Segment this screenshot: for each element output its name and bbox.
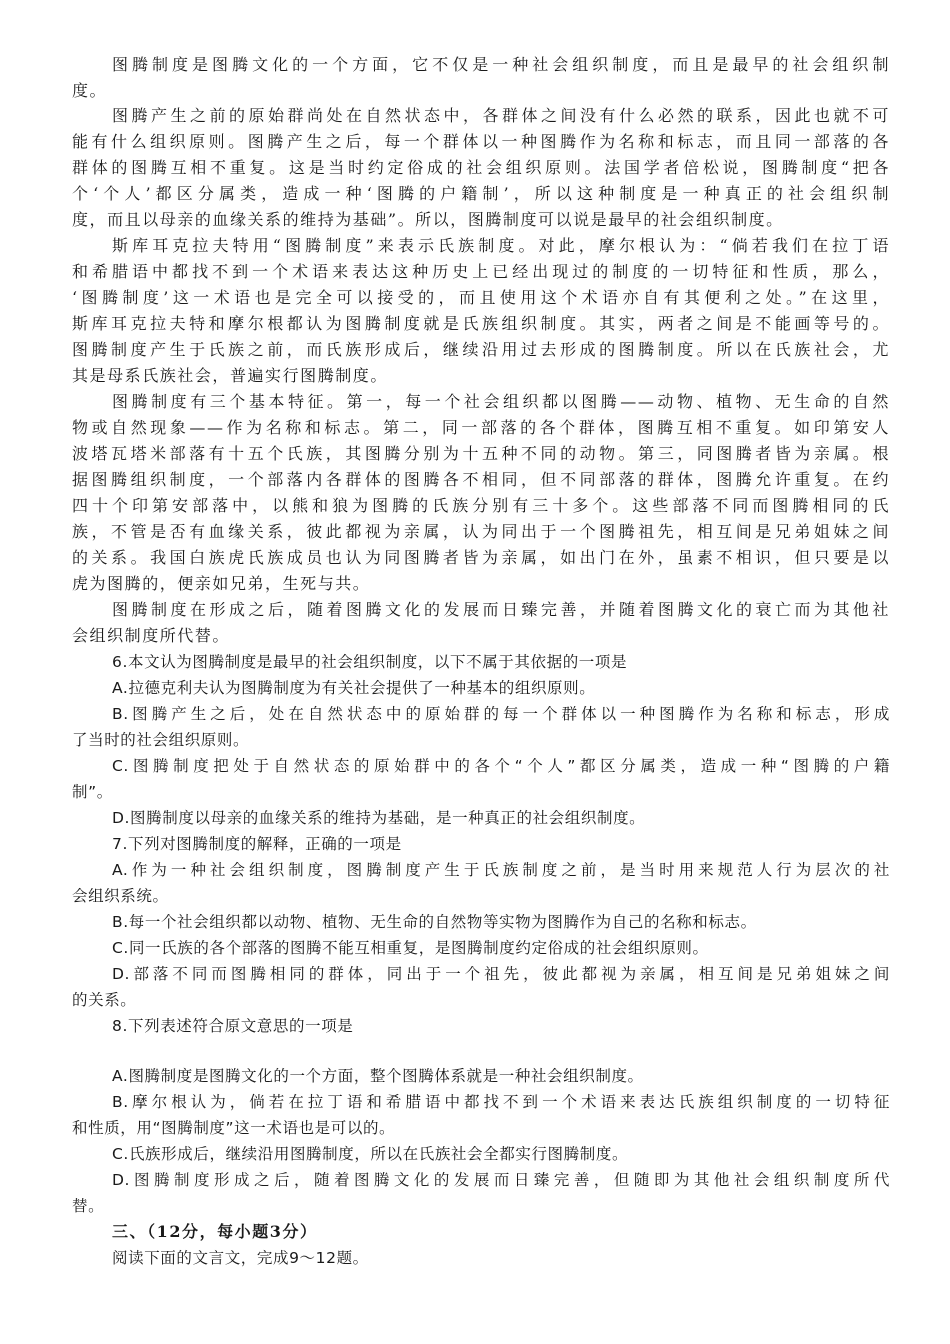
passage-line: 度，而且以母亲的血缘关系的维持为基础”。所以，图腾制度可以说是最早的社会组织制度…	[72, 207, 890, 233]
passage-line: 四十个印第安部落中，以熊和狼为图腾的氏族分别有三十多个。这些部落不同而图腾相同的…	[72, 493, 890, 519]
question-6-option-a: A.拉德克利夫认为图腾制度为有关社会提供了一种基本的组织原则。	[112, 675, 890, 701]
question-8-option-b: B.摩尔根认为，倘若在拉丁语和希腊语中都找不到一个术语来表达氏族组织制度的一切特…	[112, 1089, 890, 1115]
section-3-instruction: 阅读下面的文言文，完成9～12题。	[112, 1245, 890, 1271]
passage-line: 度。	[72, 78, 890, 104]
passage-line: 族，不管是否有血缘关系，彼此都视为亲属，认为同出于一个图腾祖先，相互间是兄弟姐妹…	[72, 519, 890, 545]
passage-line: 图腾制度有三个基本特征。第一，每一个社会组织都以图腾——动物、植物、无生命的自然	[112, 389, 890, 415]
passage-line: 图腾制度在形成之后，随着图腾文化的发展而日臻完善，并随着图腾文化的衰亡而为其他社	[112, 597, 890, 623]
question-8-stem: 8.下列表述符合原文意思的一项是	[112, 1013, 890, 1039]
passage-line: 图腾制度产生于氏族之前，而氏族形成后，继续沿用过去形成的图腾制度。所以在氏族社会…	[72, 337, 890, 363]
question-7-option-b: B.每一个社会组织都以动物、植物、无生命的自然物等实物为图腾作为自己的名称和标志…	[112, 909, 890, 935]
passage-line: 能有什么组织原则。图腾产生之后，每一个群体以一种图腾作为名称和标志，而且同一部落…	[72, 129, 890, 155]
question-8-option-a: A.图腾制度是图腾文化的一个方面，整个图腾体系就是一种社会组织制度。	[112, 1063, 890, 1089]
section-3-heading: 三、（12分，每小题3分）	[112, 1219, 890, 1245]
question-7-option-d-cont: 的关系。	[72, 987, 890, 1013]
question-6-option-b: B.图腾产生之后，处在自然状态中的原始群的每一个群体以一种图腾作为名称和标志，形…	[112, 701, 890, 727]
passage-line: 斯库耳克拉夫特和摩尔根都认为图腾制度就是氏族组织制度。其实，两者之间是不能画等号…	[72, 311, 890, 337]
passage-line: 会组织制度所代替。	[72, 623, 890, 649]
question-7-option-a-cont: 会组织系统。	[72, 883, 890, 909]
passage-line: 个‘个人’都区分属类，造成一种‘图腾的户籍制’，所以这种制度是一种真正的社会组织…	[72, 181, 890, 207]
question-6-option-c-cont: 制”。	[72, 779, 890, 805]
question-6-option-d: D.图腾制度以母亲的血缘关系的维持为基础，是一种真正的社会组织制度。	[112, 805, 890, 831]
passage-line: 斯库耳克拉夫特用“图腾制度”来表示氏族制度。对此，摩尔根认为：“倘若我们在拉丁语	[112, 233, 890, 259]
passage-line: 据图腾组织制度，一个部落内各群体的图腾各不相同，但不同部落的群体，图腾允许重复。…	[72, 467, 890, 493]
passage-line: ‘图腾制度’这一术语也是完全可以接受的，而且使用这个术语亦自有其便利之处。”在这…	[72, 285, 890, 311]
passage-line: 其是母系氏族社会，普遍实行图腾制度。	[72, 363, 890, 389]
question-8-option-d: D.图腾制度形成之后，随着图腾文化的发展而日臻完善，但随即为其他社会组织制度所代	[112, 1167, 890, 1193]
passage-line: 的关系。我国白族虎氏族成员也认为同图腾者皆为亲属，如出门在外，虽素不相识，但只要…	[72, 545, 890, 571]
question-6-option-b-cont: 了当时的社会组织原则。	[72, 727, 890, 753]
passage-line: 物或自然现象——作为名称和标志。第二，同一部落的各个群体，图腾互相不重复。如印第…	[72, 415, 890, 441]
passage-line: 和希腊语中都找不到一个术语来表达这种历史上已经出现过的制度的一切特征和性质，那么…	[72, 259, 890, 285]
question-7-option-c: C.同一氏族的各个部落的图腾不能互相重复，是图腾制度约定俗成的社会组织原则。	[112, 935, 890, 961]
question-8-option-d-cont: 替。	[72, 1193, 890, 1219]
question-8-option-b-cont: 和性质，用“图腾制度”这一术语也是可以的。	[72, 1115, 890, 1141]
question-7-option-a: A.作为一种社会组织制度，图腾制度产生于氏族制度之前，是当时用来规范人行为层次的…	[112, 857, 890, 883]
passage-line: 图腾产生之前的原始群尚处在自然状态中，各群体之间没有什么必然的联系，因此也就不可	[112, 103, 890, 129]
question-6-stem: 6.本文认为图腾制度是最早的社会组织制度，以下不属于其依据的一项是	[112, 649, 890, 675]
question-7-option-d: D.部落不同而图腾相同的群体，同出于一个祖先，彼此都视为亲属，相互间是兄弟姐妹之…	[112, 961, 890, 987]
question-6-option-c: C.图腾制度把处于自然状态的原始群中的各个“个人”都区分属类，造成一种“图腾的户…	[112, 753, 890, 779]
passage-line: 图腾制度是图腾文化的一个方面，它不仅是一种社会组织制度，而且是最早的社会组织制	[112, 52, 890, 78]
passage-line: 波塔瓦塔米部落有十五个氏族，其图腾分别为十五种不同的动物。第三，同图腾者皆为亲属…	[72, 441, 890, 467]
passage-line: 群体的图腾互相不重复。这是当时约定俗成的社会组织原则。法国学者倍松说，图腾制度“…	[72, 155, 890, 181]
passage-line: 虎为图腾的，便亲如兄弟，生死与共。	[72, 571, 890, 597]
exam-page: 图腾制度是图腾文化的一个方面，它不仅是一种社会组织制度，而且是最早的社会组织制 …	[0, 0, 950, 1344]
question-8-option-c: C.氏族形成后，继续沿用图腾制度，所以在氏族社会全都实行图腾制度。	[112, 1141, 890, 1167]
question-7-stem: 7.下列对图腾制度的解释，正确的一项是	[112, 831, 890, 857]
